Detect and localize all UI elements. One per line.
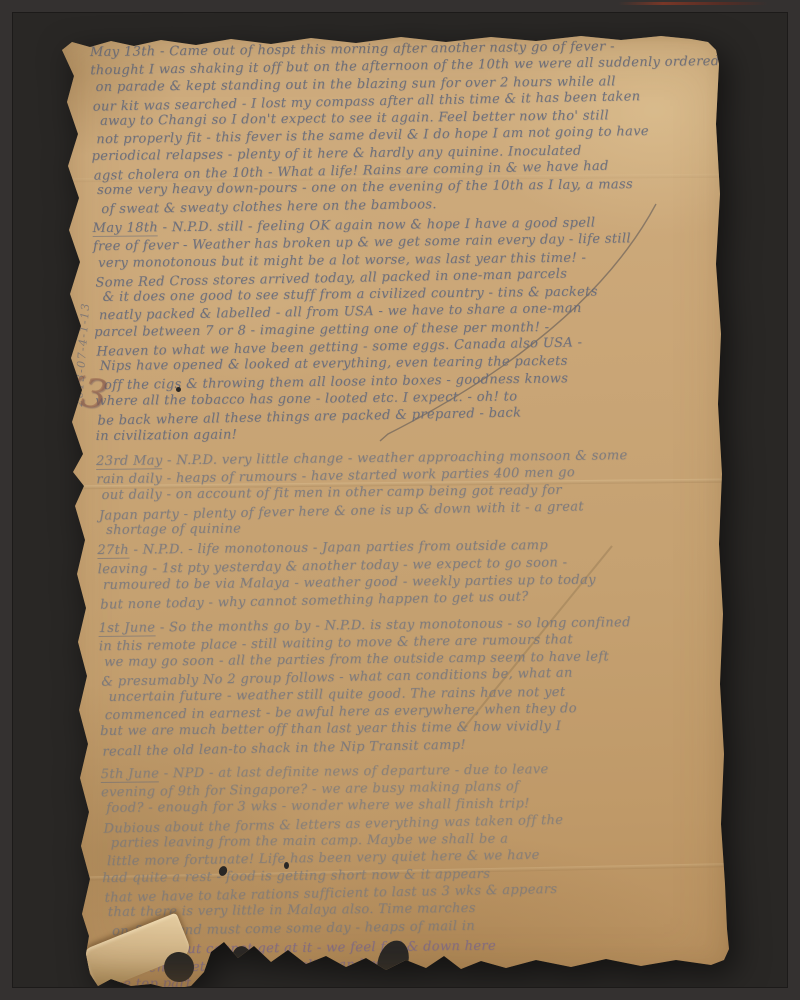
diary-entry: May 18th - N.P.D. still - feeling OK aga… (93, 212, 740, 446)
page-number-mark: (3 (62, 367, 110, 419)
paper-hole (229, 944, 257, 980)
paper-hole (284, 862, 289, 869)
diary-entry: 1st June - So the months go by - N.P.D. … (98, 611, 744, 759)
entry-date: 27th (97, 543, 129, 559)
entry-date: 1st June (98, 620, 155, 637)
entry-date: 23rd May (96, 453, 163, 470)
diary-entry: 23rd May - N.P.D. very little change - w… (96, 445, 741, 541)
diary-line: the top part of my letters (109, 969, 748, 988)
diary-entry: Singapore but cannot get at it - we feel… (103, 933, 748, 988)
diary-entry: 5th June - NPD - at last definite news o… (101, 758, 747, 941)
paper-shadow-wrap: May 13th - Came out of hospt this mornin… (56, 34, 746, 988)
entry-date: May 13th (90, 44, 156, 60)
entry-date: 5th June (101, 766, 160, 783)
diary-page: May 13th - Came out of hospt this mornin… (56, 34, 736, 988)
diary-entry: May 13th - Came out of hospt this mornin… (90, 36, 736, 219)
scan-artifact-streak (618, 2, 768, 5)
diary-text: May 13th - Came out of hospt this mornin… (90, 33, 748, 988)
diary-entry: 27th - N.P.D. - life monotonous - Japan … (97, 534, 742, 613)
photo-mount-area: May 13th - Came out of hospt this mornin… (12, 12, 788, 988)
entry-date: May 18th (93, 220, 159, 237)
diary-entries: May 13th - Came out of hospt this mornin… (90, 36, 748, 988)
paper-hole (176, 387, 181, 392)
photo-frame: May 13th - Came out of hospt this mornin… (0, 0, 800, 1000)
